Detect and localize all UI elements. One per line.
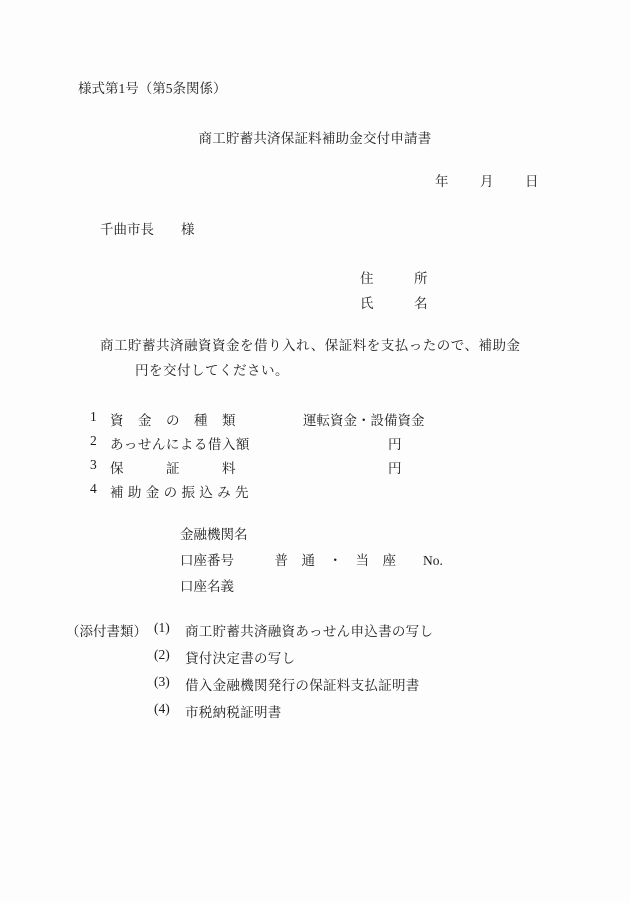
- item-value-yen-unit: 円: [388, 433, 402, 453]
- bank-account-line: 口座番号 普 通 ・ 当 座 No.: [180, 552, 443, 569]
- attachment-text: 貸付決定書の写し: [185, 647, 295, 667]
- attachment-number: (3): [154, 674, 170, 690]
- item-label-guarantee-fee: 保 証 料: [110, 457, 236, 477]
- page-title: 商工貯蓄共済保証料補助金交付申請書: [0, 130, 630, 147]
- body-text-line1: 商工貯蓄共済融資資金を借り入れ、保証料を支払ったので、補助金: [100, 337, 521, 354]
- addressee-line: 千曲市長 様: [100, 221, 195, 238]
- attachment-text: 市税納税証明書: [185, 701, 282, 721]
- item-number: 2: [90, 433, 97, 449]
- item-number: 3: [90, 457, 97, 473]
- attachment-row: (2) 貸付決定書の写し: [0, 647, 630, 667]
- item-number: 1: [90, 409, 97, 425]
- bank-institution-label: 金融機関名: [180, 526, 248, 543]
- attachment-number: (4): [154, 701, 170, 717]
- item-label-fund-type: 資 金 の 種 類: [110, 409, 236, 429]
- form-number: 様式第1号（第5条関係）: [78, 80, 227, 97]
- body-text-line2: 円を交付してください。: [135, 362, 289, 379]
- item-row-guarantee-fee: 3 保 証 料 円: [0, 457, 630, 477]
- item-label-transfer-destination: 補 助 金 の 振 込 み 先: [110, 481, 249, 501]
- attachments-heading: （添付書類）: [66, 620, 147, 640]
- item-row-transfer-destination: 4 補 助 金 の 振 込 み 先: [0, 481, 630, 501]
- attachment-number: (1): [154, 620, 170, 636]
- name-label: 氏 名: [360, 295, 428, 312]
- attachment-row: （添付書類） (1) 商工貯蓄共済融資あっせん申込書の写し: [0, 620, 630, 640]
- document-page: 様式第1号（第5条関係） 商工貯蓄共済保証料補助金交付申請書 年 月 日 千曲市…: [0, 0, 630, 903]
- item-value-fund-type: 運転資金・設備資金: [303, 409, 425, 429]
- item-label-loan-amount: あっせんによる借入額: [110, 433, 250, 453]
- item-number: 4: [90, 481, 97, 497]
- attachment-row: (3) 借入金融機関発行の保証料支払証明書: [0, 674, 630, 694]
- address-label: 住 所: [360, 270, 428, 287]
- attachment-text: 商工貯蓄共済融資あっせん申込書の写し: [185, 620, 433, 640]
- date-line: 年 月 日: [435, 173, 540, 190]
- attachment-text: 借入金融機関発行の保証料支払証明書: [185, 674, 420, 694]
- item-row-fund-type: 1 資 金 の 種 類 運転資金・設備資金: [0, 409, 630, 429]
- item-value-yen-unit: 円: [388, 457, 402, 477]
- attachment-number: (2): [154, 647, 170, 663]
- bank-holder-label: 口座名義: [180, 578, 234, 595]
- item-row-loan-amount: 2 あっせんによる借入額 円: [0, 433, 630, 453]
- attachment-row: (4) 市税納税証明書: [0, 701, 630, 721]
